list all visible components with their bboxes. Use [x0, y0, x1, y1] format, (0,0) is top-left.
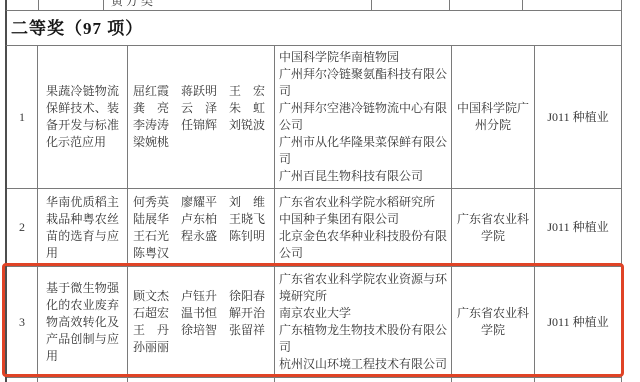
award-document-page: 黄方类 二等奖（97 项） 1 果蔬冷链物流保鲜技术、装备开发与标准化示范应用 …: [0, 0, 640, 382]
award-row-1: 1 果蔬冷链物流保鲜技术、装备开发与标准化示范应用 屈红霞 蒋跃明 王 宏 龚 …: [7, 46, 621, 189]
organizations-cell: 广东省农业科学院农业资源与环境研究所 南京农业大学 广东植物龙生物技术股份有限公…: [275, 267, 452, 377]
clipped-awardee-name: 黄方类: [111, 0, 156, 10]
column-border: [449, 0, 450, 11]
empty-cell: [275, 378, 452, 382]
recommender-cell: 中国科学院广州分院: [452, 46, 535, 188]
project-cell: 基于微生物强化的农业废弃物高效转化及产品创制与应用: [38, 267, 128, 377]
column-border: [522, 0, 523, 11]
rank-cell: 1: [7, 46, 38, 188]
awardees-cell: 屈红霞 蒋跃明 王 宏 龚 亮 云 泽 朱 虹 李涛涛 任锦辉 刘锐波 梁婉桃: [128, 46, 275, 188]
awardees-cell: 顾文杰 卢钰升 徐阳春 石超宏 温书恒 解开治 王 丹 徐培智 张留祥 孙丽丽: [128, 267, 275, 377]
organizations-cell: 中国科学院华南植物园 广州拜尔冷链聚氨酯科技有限公司 广州拜尔空港冷链物流中心有…: [275, 46, 452, 188]
empty-cell: [38, 378, 128, 382]
recommender-cell: 广东省农业科学院: [452, 189, 535, 266]
rank-cell: 3: [7, 267, 38, 377]
rank-cell: 2: [7, 189, 38, 266]
column-border: [103, 0, 104, 11]
column-border: [371, 0, 372, 11]
category-cell: J011 种植业: [535, 267, 621, 377]
column-border: [38, 0, 39, 11]
project-cell: 华南优质稻主栽品种粤农丝苗的选育与应用: [38, 189, 128, 266]
project-cell: 果蔬冷链物流保鲜技术、装备开发与标准化示范应用: [38, 46, 128, 188]
award-row-3-highlighted: 3 基于微生物强化的农业废弃物高效转化及产品创制与应用 顾文杰 卢钰升 徐阳春 …: [7, 267, 621, 378]
award-row-2: 2 华南优质稻主栽品种粤农丝苗的选育与应用 何秀英 廖耀平 刘 维 陆展华 卢东…: [7, 189, 621, 267]
organizations-cell: 广东省农业科学院水稻研究所 中国种子集团有限公司 北京金色农华种业科技股份有限公…: [275, 189, 452, 266]
empty-cell: [452, 378, 535, 382]
partial-top-row: 黄方类: [5, 0, 622, 11]
recommender-cell: 广东省农业科学院: [452, 267, 535, 377]
empty-cell: [535, 378, 621, 382]
section-header-row: 二等奖（97 项）: [5, 11, 622, 45]
category-cell: J011 种植业: [535, 46, 621, 188]
empty-cell: [128, 378, 275, 382]
partial-bottom-row: [7, 378, 621, 382]
section-title: 二等奖（97 项）: [11, 20, 143, 37]
category-cell: J011 种植业: [535, 189, 621, 266]
awardees-cell: 何秀英 廖耀平 刘 维 陆展华 卢东柏 王晓飞 王石光 程永盛 陈钊明 陈粤汉: [128, 189, 275, 266]
award-table: 1 果蔬冷链物流保鲜技术、装备开发与标准化示范应用 屈红霞 蒋跃明 王 宏 龚 …: [5, 45, 622, 382]
empty-cell: [7, 378, 38, 382]
